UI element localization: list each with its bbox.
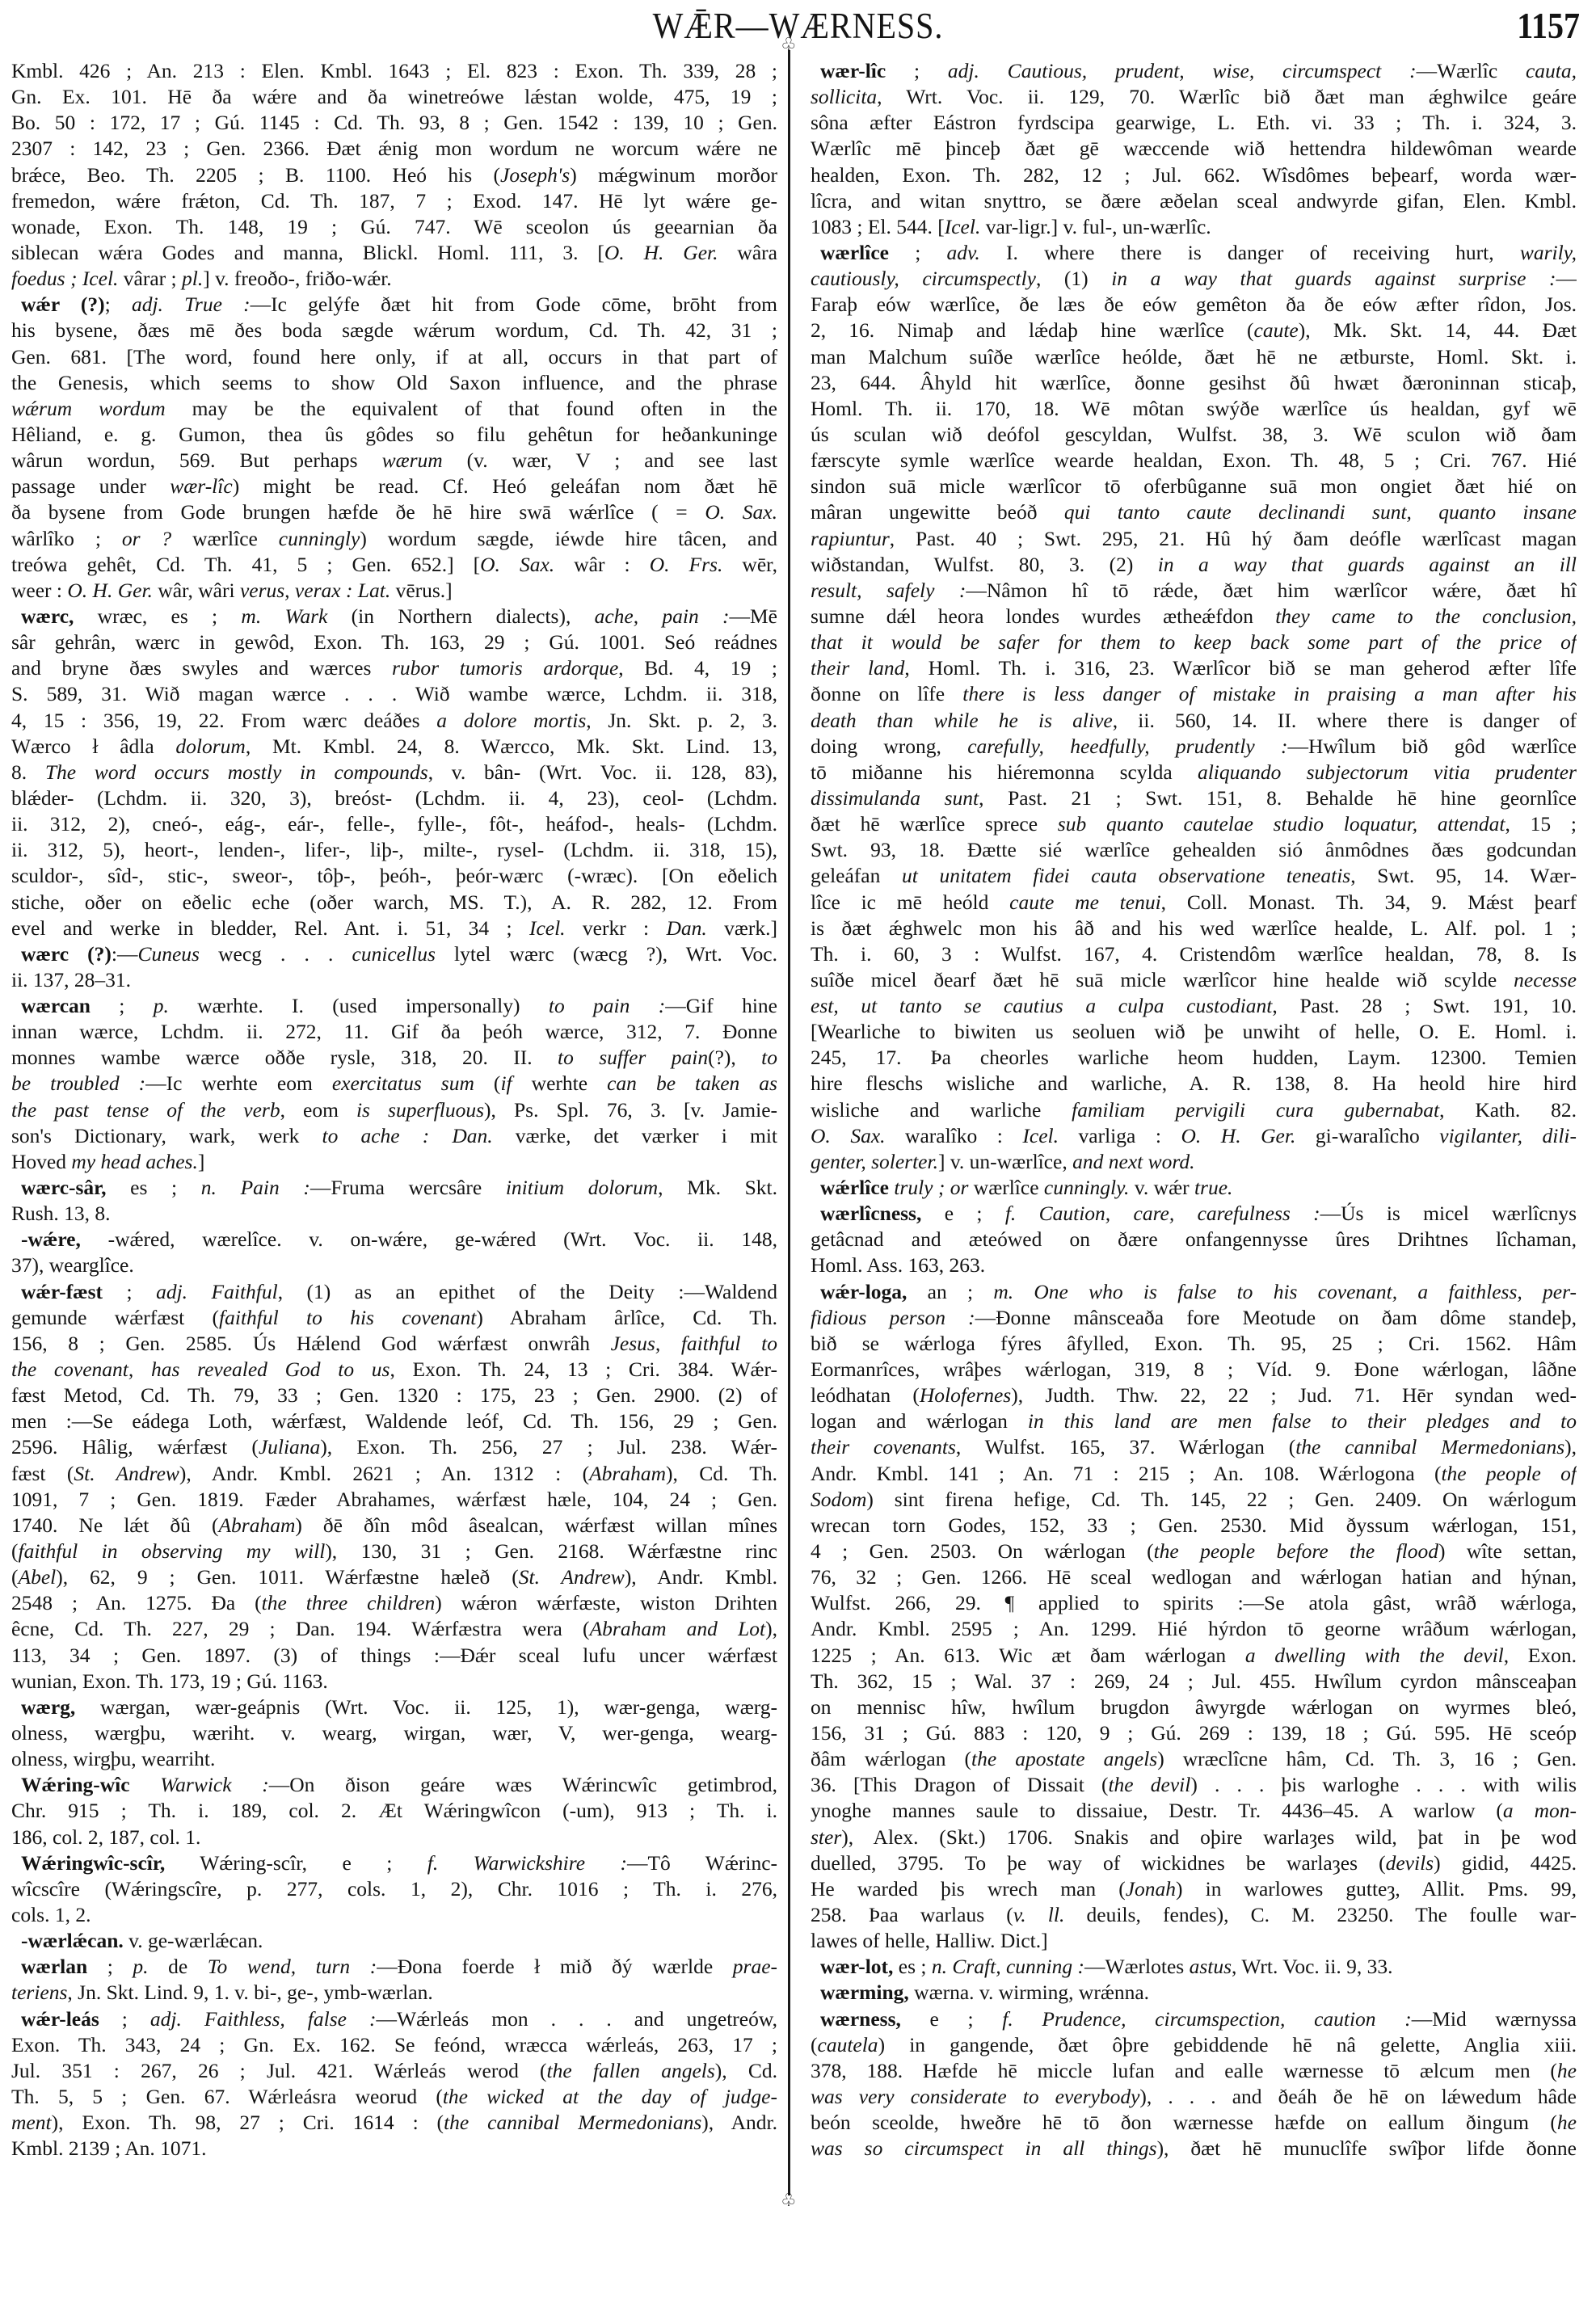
text-run: , Past. 28 ; Swt. 191, 10. bbox=[1272, 994, 1577, 1017]
text-run: , Wrt. Voc. ii. 129, 70. Wærlîc bið ðæt … bbox=[877, 85, 1577, 108]
headword: wærness, bbox=[820, 2007, 901, 2031]
text-run: —Hwîlum bið gôd wærlîce bbox=[1287, 735, 1577, 758]
text-run: Homl. Th. ii. 170, 18. Wē môtan swýðe wæ… bbox=[811, 397, 1577, 420]
text-run: ðæt hē wærlîce sprece bbox=[811, 812, 1058, 836]
text-run: wecg . . . bbox=[200, 942, 352, 966]
text-run: and bryne ðæs swyles and wærces bbox=[11, 656, 392, 680]
text-line: his bysene, ðæs mē ðes boda sægde wǽrum … bbox=[11, 318, 777, 343]
text-line: 186, col. 2, 187, col. 1. bbox=[11, 1825, 777, 1850]
italic-gloss: their covenants bbox=[811, 1435, 956, 1459]
text-run: , Bd. 4, 19 ; bbox=[618, 656, 777, 680]
italic-gloss: qui tanto caute declinandi sunt, quanto … bbox=[1064, 500, 1577, 524]
text-line: est, ut tanto se cautius a culpa custodi… bbox=[811, 993, 1577, 1019]
text-line: siblecan wǽra Godes and manna, Blickl. H… bbox=[11, 240, 777, 266]
text-line: Kmbl. 2139 ; An. 1071. bbox=[11, 2136, 777, 2162]
text-run: ), . . . and ðeáh ðe hē on lǽwedum hâde bbox=[1139, 2085, 1577, 2108]
text-run: êcne, Cd. Th. 227, 29 ; Dan. 194. Wǽrfæs… bbox=[11, 1617, 590, 1640]
text-line: Bo. 50 : 172, 17 ; Gú. 1145 : Cd. Th. 93… bbox=[11, 110, 777, 136]
text-line: beón sceolde, hweðre hē tō ðon wærnesse … bbox=[811, 2110, 1577, 2136]
text-run: ) might be read. Cf. Heó geleáfan nom ðæ… bbox=[233, 474, 777, 498]
text-run: gi-waralîcho bbox=[1295, 1124, 1439, 1147]
text-line: sollicita, Wrt. Voc. ii. 129, 70. Wærlîc… bbox=[811, 84, 1577, 110]
text-run: men :—Se eádega Loth, wǽrfæst, Waldende … bbox=[11, 1409, 777, 1433]
italic-gloss: verus, verax : Lat. bbox=[240, 579, 390, 602]
italic-gloss: the devil bbox=[1108, 1773, 1190, 1796]
text-run: ðonne on lîfe bbox=[811, 682, 962, 705]
italic-gloss: Warwick : bbox=[160, 1773, 269, 1796]
italic-gloss: to pain : bbox=[549, 994, 665, 1017]
headword: wærlan bbox=[21, 1955, 87, 1978]
italic-gloss: pl. bbox=[182, 267, 203, 290]
text-run: wîcscîre (Wǽringscîre, p. 277, cols. 1, … bbox=[11, 1877, 777, 1901]
text-line: their covenants, Wulfst. 165, 37. Wǽrlog… bbox=[811, 1434, 1577, 1460]
italic-gloss: St. Andrew bbox=[74, 1462, 179, 1485]
text-run: Wærlîc mē þinceþ ðæt gē wæccende wið het… bbox=[811, 137, 1577, 160]
text-run: :— bbox=[112, 942, 138, 966]
italic-gloss: Abraham bbox=[218, 1513, 295, 1537]
text-run: waralîko : bbox=[886, 1124, 1023, 1147]
text-run: cols. 1, 2. bbox=[11, 1903, 91, 1926]
text-run: —Fruma wercsâre bbox=[310, 1176, 506, 1199]
text-run: ) wræclîcne hâm, Cd. Th. 3, 16 ; Gen. bbox=[1157, 1747, 1577, 1770]
text-run: varliga : bbox=[1059, 1124, 1181, 1147]
text-run: ), 62, 9 ; Gen. 1011. Wǽrfæstne hæleð ( bbox=[56, 1565, 519, 1589]
text-run: var-ligr.] v. ful-, un-wærlîc. bbox=[980, 215, 1211, 238]
text-run: ii. 312, 5), heort-, lenden-, lifer-, li… bbox=[11, 838, 777, 861]
text-line: Wærco ł âdla dolorum, Mt. Kmbl. 24, 8. W… bbox=[11, 734, 777, 760]
text-line: Gn. Ex. 101. Hē ða wǽre and ða winetreów… bbox=[11, 84, 777, 110]
text-line: wǽrum wordum may be the equivalent of th… bbox=[11, 396, 777, 422]
text-run: ) wǽron wǽrfæste, wiston Drihten bbox=[435, 1591, 777, 1614]
italic-gloss: that it would be safer for them to keep … bbox=[811, 630, 1577, 654]
italic-gloss: and next word. bbox=[1072, 1150, 1194, 1173]
text-run: 37), wearglîce. bbox=[11, 1253, 134, 1277]
text-run: , eom bbox=[280, 1098, 356, 1122]
left-column: Kmbl. 426 ; An. 213 : Elen. Kmbl. 1643 ;… bbox=[11, 58, 777, 2162]
text-run: monnes wambe wærce oððe rysle, 318, 20. … bbox=[11, 1046, 558, 1069]
text-run: weer : bbox=[11, 579, 67, 602]
italic-gloss: a dwelling with the devil bbox=[1245, 1644, 1504, 1667]
text-line: ðâm wǽrlogan (the apostate angels) wræcl… bbox=[811, 1746, 1577, 1772]
text-run: ( bbox=[11, 1565, 19, 1589]
text-run: wærna. v. wirming, wrǽnna. bbox=[909, 1981, 1149, 2004]
text-run: 4, 15 : 356, 19, 22. From wærc deáðes bbox=[11, 709, 436, 732]
text-line: lawes of helle, Halliw. Dict.] bbox=[811, 1928, 1577, 1954]
text-line: sôna æfter Eástron fyrdscipa gearwige, L… bbox=[811, 110, 1577, 136]
text-line: Homl. Ass. 163, 263. bbox=[811, 1252, 1577, 1278]
italic-gloss: result, safely : bbox=[811, 579, 966, 602]
italic-gloss: n. Craft, cunning : bbox=[932, 1955, 1084, 1978]
italic-gloss: a mon- bbox=[1503, 1799, 1577, 1822]
italic-gloss: p. bbox=[154, 994, 169, 1017]
text-line: Jul. 351 : 267, 26 ; Jul. 421. Wǽrleás w… bbox=[11, 2058, 777, 2084]
text-line: færscyte symle wærlîce wearde healdan, E… bbox=[811, 448, 1577, 474]
text-run: ), bbox=[1564, 1435, 1577, 1459]
dictionary-entry-start-line: wærc, wræc, es ; m. Wark (in Northern di… bbox=[11, 604, 777, 629]
text-line: fidious person :—Ðonne mânsceaða fore Me… bbox=[811, 1305, 1577, 1331]
italic-gloss: there is less danger of mistake in prais… bbox=[962, 682, 1577, 705]
text-line: dissimulanda sunt, Past. 21 ; Swt. 151, … bbox=[811, 785, 1577, 811]
italic-gloss: Jesus, faithful to bbox=[611, 1332, 777, 1355]
text-line: 2, 16. Nimaþ and lǽdaþ hine wærlîce (cau… bbox=[811, 318, 1577, 343]
text-run: 76, 32 ; Gen. 1266. Hē sceal wedlogan an… bbox=[811, 1565, 1577, 1589]
text-run: [Wearliche to biwiten us seoluen wið þe … bbox=[811, 1020, 1577, 1043]
text-run: leódhatan ( bbox=[811, 1383, 920, 1407]
text-line: logan and wǽrlogan in this land are men … bbox=[811, 1408, 1577, 1434]
italic-gloss: O. Sax. bbox=[705, 500, 777, 524]
italic-gloss: m. One who is false to his covenant, a f… bbox=[993, 1280, 1577, 1303]
text-line: 378, 188. Hæfde hē miccle lufan and eall… bbox=[811, 2058, 1577, 2084]
text-run: ) sint firena hefige, Cd. Th. 145, 22 ; … bbox=[866, 1488, 1577, 1511]
dictionary-entry-start-line: wær-lot, es ; n. Craft, cunning :—Wærlot… bbox=[811, 1954, 1577, 1980]
text-line: Rush. 13, 8. bbox=[11, 1201, 777, 1227]
text-line: (faithful in observing my will), 130, 31… bbox=[11, 1539, 777, 1564]
text-run: wiðstandan, Wulfst. 80, 3. (2) bbox=[811, 553, 1158, 576]
dictionary-entry-start-line: wærg, wærgan, wær-geápnis (Wrt. Voc. ii.… bbox=[11, 1694, 777, 1720]
text-line: lîcra, and witan snyttro, se ðære æðelan… bbox=[811, 188, 1577, 214]
text-line: 8. The word occurs mostly in compounds, … bbox=[11, 760, 777, 785]
text-run: Homl. Ass. 163, 263. bbox=[811, 1253, 985, 1277]
text-run: ), 130, 31 ; Gen. 2168. Wǽrfæstne rinc bbox=[325, 1539, 777, 1563]
text-line: weer : O. H. Ger. wâr, wâri verus, verax… bbox=[11, 578, 777, 604]
text-line: 2548 ; An. 1275. Ða (the three children)… bbox=[11, 1590, 777, 1616]
text-run: is ðæt ǽghwelc mon his âð and his wed wæ… bbox=[811, 916, 1577, 940]
italic-gloss: the people before the flood bbox=[1154, 1539, 1438, 1563]
text-line: 37), wearglîce. bbox=[11, 1252, 777, 1278]
text-run: ii. 137, 28–31. bbox=[11, 968, 131, 991]
text-line: 113, 34 ; Gen. 1897. (3) of things :—Ðǽr… bbox=[11, 1643, 777, 1669]
dictionary-entry-start-line: wærlîcness, e ; f. Caution, care, carefu… bbox=[811, 1201, 1577, 1227]
page-header: WǢR—WÆRNESS. 1157 bbox=[0, 6, 1596, 47]
text-run: ), Ps. Spl. 76, 3. [v. Jamie- bbox=[484, 1098, 777, 1122]
text-line: blǽder- (Lchdm. ii. 320, 3), breóst- (Lc… bbox=[11, 785, 777, 811]
text-line: lîce ic mē heóld caute me tenui, Coll. M… bbox=[811, 890, 1577, 916]
text-run: sculdor-, sîd-, stic-, sweor-, tôþ-, þeó… bbox=[11, 864, 777, 887]
text-line: Homl. Th. ii. 170, 18. Wē môtan swýðe wæ… bbox=[811, 396, 1577, 422]
text-line: olness, wærgþu, wæriht. v. wearg, wirgan… bbox=[11, 1720, 777, 1746]
text-line: genter, solerter.] v. un-wærlîce, and ne… bbox=[811, 1149, 1577, 1175]
text-run: —Nâmon hî tō rǽde, ðæt him wærlîcor wǽre… bbox=[966, 579, 1577, 602]
text-line: Swt. 93, 18. Ðætte sié wærlîce gehealden… bbox=[811, 837, 1577, 863]
text-run: ), Andr. Kmbl. bbox=[625, 1565, 777, 1589]
text-line: Andr. Kmbl. 141 ; An. 71 : 215 ; An. 108… bbox=[811, 1461, 1577, 1487]
text-run: Bo. 50 : 172, 17 ; Gú. 1145 : Cd. Th. 93… bbox=[11, 111, 777, 134]
italic-gloss: was very considerate to everybody bbox=[811, 2085, 1139, 2108]
text-run: vērus.] bbox=[390, 579, 452, 602]
page-number: 1157 bbox=[1517, 3, 1580, 47]
text-run: ), Alex. (Skt.) 1706. Snakis and oþire w… bbox=[841, 1825, 1577, 1849]
text-line: 76, 32 ; Gen. 1266. Hē sceal wedlogan an… bbox=[811, 1564, 1577, 1590]
headword: wǽr (?) bbox=[21, 293, 105, 316]
text-line: He warded þis wrech man (Jonah) in warlo… bbox=[811, 1876, 1577, 1902]
text-line: ús sculan wið deófol gescyldan, Wulfst. … bbox=[811, 422, 1577, 448]
text-line: getâcnad and æteówed on ðære onfangennys… bbox=[811, 1227, 1577, 1252]
text-line: was very considerate to everybody), . . … bbox=[811, 2084, 1577, 2110]
italic-gloss: St. Andrew bbox=[519, 1565, 625, 1589]
text-line: ða bysene from Gode brungen hæfde ðe hē … bbox=[11, 499, 777, 525]
italic-gloss: ster bbox=[811, 1825, 841, 1849]
text-run: , Mt. Kmbl. 24, 8. Wærcco, Mk. Skt. Lind… bbox=[246, 735, 777, 758]
italic-gloss: genter, solerter. bbox=[811, 1150, 938, 1173]
text-run: ða bysene from Gode brungen hæfde ðe hē … bbox=[11, 500, 705, 524]
dictionary-entry-start-line: -wærlǽcan. v. ge-wærlǽcan. bbox=[11, 1928, 777, 1954]
dictionary-entry-start-line: Wǽring-wîc Warwick :—On ðison geáre wæs … bbox=[11, 1772, 777, 1798]
text-line: evel and werke in bledder, Rel. Ant. i. … bbox=[11, 916, 777, 941]
text-run: Eormanrîces, wrâþes wǽrlogan, 319, 8 ; V… bbox=[811, 1358, 1577, 1381]
text-run: de bbox=[149, 1955, 208, 1978]
italic-gloss: wærum bbox=[382, 448, 443, 472]
text-run: wunian, Exon. Th. 173, 19 ; Gú. 1163. bbox=[11, 1669, 328, 1693]
text-line: the covenant, has revealed God to us, Ex… bbox=[11, 1357, 777, 1383]
text-run: ), Exon. Th. 256, 27 ; Jul. 238. Wǽr- bbox=[320, 1435, 777, 1459]
text-line: gemunde wǽrfæst (faithful to his covenan… bbox=[11, 1305, 777, 1331]
text-run: 1091, 7 ; Gen. 1819. Fæder Abrahames, wǽ… bbox=[11, 1488, 777, 1511]
text-line: ii. 137, 28–31. bbox=[11, 967, 777, 993]
text-run: Th. 362, 15 ; Wal. 37 : 269, 24 ; Jul. 4… bbox=[811, 1669, 1577, 1693]
text-run: 186, col. 2, 187, col. 1. bbox=[11, 1825, 200, 1849]
text-line: 23, 644. Âhyld hit wærlîce, ðonne gesihs… bbox=[811, 370, 1577, 396]
text-line: stiche, oðer on eðelic eche (oðer warch,… bbox=[11, 890, 777, 916]
text-run: ) Abraham ârlîce, Cd. Th. bbox=[476, 1306, 777, 1329]
text-line: death than while he is alive, ii. 560, 1… bbox=[811, 708, 1577, 734]
text-run: v. wǽr bbox=[1129, 1176, 1194, 1199]
text-run: Andr. Kmbl. 141 ; An. 71 : 215 ; An. 108… bbox=[811, 1462, 1441, 1485]
italic-gloss: the apostate angels bbox=[971, 1747, 1157, 1770]
italic-gloss: adj. Faithful bbox=[156, 1280, 278, 1303]
text-run: 378, 188. Hæfde hē miccle lufan and eall… bbox=[811, 2059, 1557, 2082]
headword: wǽr-leás bbox=[21, 2007, 99, 2031]
text-run: —Ic werhte eom bbox=[145, 1071, 332, 1095]
text-line: hire fleschs wisliche and warliche, A. R… bbox=[811, 1071, 1577, 1097]
text-line: duelled, 3795. To þe way of wickidnes be… bbox=[811, 1850, 1577, 1876]
text-line: 2307 : 142, 23 ; Gen. 2366. Ðæt ǽnig mon… bbox=[11, 136, 777, 162]
text-run: Wulfst. 266, 29. ¶ applied to spirits :—… bbox=[811, 1591, 1577, 1614]
text-run: wærlîce bbox=[968, 1176, 1043, 1199]
text-run: tō miðanne his hiéremonna scylda bbox=[811, 760, 1198, 784]
text-run: wârlîko ; bbox=[11, 527, 122, 550]
text-run: 113, 34 ; Gen. 1897. (3) of things :—Ðǽr… bbox=[11, 1644, 777, 1667]
italic-gloss: was so circumspect in all things bbox=[811, 2136, 1157, 2160]
text-run: 8. bbox=[11, 760, 45, 784]
text-run: wâr : bbox=[554, 553, 650, 576]
headword: wær-lot, bbox=[820, 1955, 893, 1978]
text-run: , Exon. bbox=[1504, 1644, 1577, 1667]
text-line: Gen. 681. [The word, found here only, if… bbox=[11, 344, 777, 370]
italic-gloss: the cannibal Mermedonians bbox=[1295, 1435, 1564, 1459]
text-run: geleáfan bbox=[811, 864, 902, 887]
text-run: the Genesis, which seems to show Old Sax… bbox=[11, 371, 777, 394]
text-line: Th. 5, 5 ; Gen. 67. Wǽrleásra weorud (th… bbox=[11, 2084, 777, 2110]
text-run: 156, 8 ; Gen. 2585. Ús Hǽlend God wǽrfæs… bbox=[11, 1332, 611, 1355]
italic-gloss: cunicellus bbox=[352, 942, 436, 966]
right-column: wær-lîc ; adj. Cautious, prudent, wise, … bbox=[811, 58, 1577, 2162]
text-line: Th. 362, 15 ; Wal. 37 : 269, 24 ; Jul. 4… bbox=[811, 1669, 1577, 1694]
text-run: Gen. 681. [The word, found here only, if… bbox=[11, 345, 777, 368]
text-run: ii. 312, 2), cneó-, eág-, eár-, felle-, … bbox=[11, 812, 777, 836]
italic-gloss: necesse bbox=[1514, 968, 1577, 991]
text-line: Hoved my head aches.] bbox=[11, 1149, 777, 1175]
text-run: treówa gehêt, Cd. Th. 41, 5 ; Gen. 652.]… bbox=[11, 553, 480, 576]
text-run: ), bbox=[765, 1617, 777, 1640]
text-run: lîce ic mē heóld bbox=[811, 890, 1009, 914]
text-run: 258. Þaa warlaus ( bbox=[811, 1903, 1013, 1926]
italic-gloss: to bbox=[761, 1046, 777, 1069]
dictionary-entry-start-line: wærness, e ; f. Prudence, circumspection… bbox=[811, 2006, 1577, 2032]
italic-gloss: f. Warwickshire : bbox=[427, 1851, 627, 1875]
text-line: 1083 ; El. 544. [Icel. var-ligr.] v. ful… bbox=[811, 214, 1577, 240]
text-run: es ; bbox=[893, 1955, 931, 1978]
text-run: 36. [This Dragon of Dissait ( bbox=[811, 1773, 1108, 1796]
italic-gloss: their land bbox=[811, 656, 904, 680]
headword: wærming, bbox=[820, 1981, 909, 2004]
text-line: result, safely :—Nâmon hî tō rǽde, ðæt h… bbox=[811, 578, 1577, 604]
text-line: 4, 15 : 356, 19, 22. From wærc deáðes a … bbox=[11, 708, 777, 734]
headword: Wǽring-wîc bbox=[21, 1773, 130, 1796]
italic-gloss: caute me tenui bbox=[1009, 890, 1161, 914]
italic-gloss: O. Frs. bbox=[650, 553, 723, 576]
italic-gloss: they came to the conclusion, bbox=[1275, 604, 1577, 628]
italic-gloss: to suffer pain bbox=[558, 1046, 708, 1069]
text-run: Kmbl. 2139 ; An. 1071. bbox=[11, 2136, 207, 2160]
text-run: sindon suā micle wærlîcor tō oferbûganne… bbox=[811, 474, 1577, 498]
text-run: ) in warlowes gutteȝ, Allit. Pms. 99, bbox=[1176, 1877, 1577, 1901]
text-line: olness, wirgþu, wearriht. bbox=[11, 1746, 777, 1772]
italic-gloss: ment bbox=[11, 2111, 52, 2134]
text-run: wonade, Exon. Th. 148, 19 ; Gú. 747. Wē … bbox=[11, 215, 777, 238]
text-line: Wulfst. 266, 29. ¶ applied to spirits :—… bbox=[811, 1590, 1577, 1616]
headword: wær-lîc bbox=[820, 59, 886, 82]
text-run: ), Cd. Th. bbox=[666, 1462, 777, 1485]
text-line: Faraþ eów wærlîce, ðe læs ðe eów gemêton… bbox=[811, 292, 1577, 318]
text-run: may be the equivalent of that found ofte… bbox=[166, 397, 777, 420]
italic-gloss: wær-lîc bbox=[170, 474, 232, 498]
text-run: Hoved bbox=[11, 1150, 71, 1173]
text-line: leódhatan (Holofernes), Judth. Thw. 22, … bbox=[811, 1383, 1577, 1408]
dictionary-entry-start-line: wærlîce ; adv. I. where there is danger … bbox=[811, 240, 1577, 266]
italic-gloss: O. H. Ger. bbox=[67, 579, 153, 602]
column-divider-ornament-bottom-icon: ♧ bbox=[781, 2191, 797, 2209]
italic-gloss: O. Sax. bbox=[480, 553, 554, 576]
text-line: doing wrong, carefully, heedfully, prude… bbox=[811, 734, 1577, 760]
text-run: son's Dictionary, wark, werk bbox=[11, 1124, 322, 1147]
italic-gloss: m. Wark bbox=[241, 604, 327, 628]
text-run: ús sculan wið deófol gescyldan, Wulfst. … bbox=[811, 423, 1577, 446]
text-line: sâr gehrân, wærc in gewôd, Exon. Th. 163… bbox=[11, 629, 777, 655]
text-line: O. Sax. waralîko : Icel. varliga : O. H.… bbox=[811, 1123, 1577, 1149]
headword: wærcan bbox=[21, 994, 91, 1017]
text-run: , Wrt. Voc. ii. 9, 33. bbox=[1232, 1955, 1392, 1978]
dictionary-entry-start-line: wǽr (?); adj. True :—Ic gelýfe ðæt hit f… bbox=[11, 292, 777, 318]
text-run: brǽce, Beo. Th. 2205 ; B. 1100. Heó his … bbox=[11, 163, 500, 187]
italic-gloss: adj. Faithless, false : bbox=[150, 2007, 377, 2031]
text-run: ), Cd. bbox=[715, 2059, 777, 2082]
text-run: (v. wær, V ; and see last bbox=[443, 448, 777, 472]
italic-gloss: he bbox=[1557, 2111, 1577, 2134]
text-line: was so circumspect in all things), ðæt h… bbox=[811, 2136, 1577, 2162]
text-run: 23, 644. Âhyld hit wærlîce, ðonne gesihs… bbox=[811, 371, 1577, 394]
text-run: duelled, 3795. To þe way of wickidnes be… bbox=[811, 1851, 1386, 1875]
text-run: on mennisc hîw, hwîlum brugdon âwyrgde w… bbox=[811, 1695, 1577, 1719]
text-run: 156, 31 ; Gú. 883 : 120, 9 ; Gú. 269 : 1… bbox=[811, 1721, 1577, 1745]
text-run: Hêliand, e. g. Gumon, thea ûs gôdes so f… bbox=[11, 423, 777, 446]
text-run: , 15 ; bbox=[1505, 812, 1577, 836]
text-run: 245, 17. Þa cheorles warliche heom hudde… bbox=[811, 1046, 1577, 1069]
text-line: men :—Se eádega Loth, wǽrfæst, Waldende … bbox=[11, 1408, 777, 1434]
text-run: ; bbox=[87, 1955, 133, 1978]
text-run: Jul. 351 : 267, 26 ; Jul. 421. Wǽrleás w… bbox=[11, 2059, 547, 2082]
text-line: Chr. 915 ; Th. i. 189, col. 2. Æt Wǽring… bbox=[11, 1798, 777, 1824]
text-line: 1091, 7 ; Gen. 1819. Fæder Abrahames, wǽ… bbox=[11, 1487, 777, 1513]
italic-gloss: rubor tumoris ardorque bbox=[392, 656, 618, 680]
italic-gloss: cautiously, circumspectly bbox=[811, 267, 1036, 290]
text-line: ii. 312, 2), cneó-, eág-, eár-, felle-, … bbox=[11, 811, 777, 837]
italic-gloss: the fallen angels bbox=[547, 2059, 715, 2082]
text-run: Faraþ eów wærlîce, ðe læs ðe eów gemêton… bbox=[811, 293, 1577, 316]
text-line: wisliche and warliche familiam pervigili… bbox=[811, 1097, 1577, 1123]
text-run: I. where there is danger of receiving hu… bbox=[980, 241, 1520, 264]
italic-gloss: dissimulanda sunt bbox=[811, 786, 979, 810]
text-run: hire fleschs wisliche and warliche, A. R… bbox=[811, 1071, 1577, 1095]
italic-gloss: est, ut tanto se cautius a culpa custodi… bbox=[811, 994, 1272, 1017]
text-run: ) . . . þis warloghe . . . with wilis bbox=[1190, 1773, 1577, 1796]
text-run: stiche, oðer on eðelic eche (oðer warch,… bbox=[11, 890, 777, 914]
text-run: — bbox=[1556, 267, 1577, 290]
text-line: 36. [This Dragon of Dissait (the devil) … bbox=[811, 1772, 1577, 1798]
italic-gloss: Holofernes bbox=[920, 1383, 1011, 1407]
italic-gloss: he bbox=[1557, 2059, 1577, 2082]
text-line: on mennisc hîw, hwîlum brugdon âwyrgde w… bbox=[811, 1694, 1577, 1720]
text-run: Th. 5, 5 ; Gen. 67. Wǽrleásra weorud ( bbox=[11, 2085, 443, 2108]
text-run: siblecan wǽra Godes and manna, Blickl. H… bbox=[11, 241, 604, 264]
text-line: mâran ungewitte beóð qui tanto caute dec… bbox=[811, 499, 1577, 525]
text-line: cols. 1, 2. bbox=[11, 1902, 777, 1928]
italic-gloss: Jonah bbox=[1126, 1877, 1176, 1901]
italic-gloss: the wicked at the day of judge- bbox=[443, 2085, 777, 2108]
text-run: vârar ; bbox=[118, 267, 182, 290]
italic-gloss: adv. bbox=[947, 241, 980, 264]
text-line: wiðstandan, Wulfst. 80, 3. (2) in a way … bbox=[811, 552, 1577, 578]
italic-gloss: f. Caution, care, carefulness : bbox=[1005, 1202, 1320, 1225]
text-line: sculdor-, sîd-, stic-, sweor-, tôþ-, þeó… bbox=[11, 863, 777, 889]
headword: wærlîce bbox=[820, 241, 889, 264]
italic-gloss: the three children bbox=[262, 1591, 436, 1614]
text-run: , Past. 21 ; Swt. 151, 8. Behalde hē hin… bbox=[979, 786, 1577, 810]
italic-gloss: Abraham and Lot bbox=[590, 1617, 766, 1640]
italic-gloss: cunningly. bbox=[1044, 1176, 1130, 1199]
text-line: ynoghe mannes saule to dissaiue, Destr. … bbox=[811, 1798, 1577, 1824]
italic-gloss: ache, pain : bbox=[595, 604, 730, 628]
italic-gloss: foedus ; Icel. bbox=[11, 267, 118, 290]
italic-gloss: the cannibal Mermedonians bbox=[444, 2111, 701, 2134]
text-run: ), Exon. Th. 98, 27 ; Cri. 1614 : ( bbox=[52, 2111, 444, 2134]
italic-gloss: my head aches. bbox=[71, 1150, 198, 1173]
text-line: is ðæt ǽghwelc mon his âð and his wed wæ… bbox=[811, 916, 1577, 941]
headword: wærlîcness, bbox=[820, 1202, 921, 1225]
dictionary-entry-start-line: wǽr-leás ; adj. Faithless, false :—Wǽrle… bbox=[11, 2006, 777, 2032]
text-run: wâra bbox=[718, 241, 777, 264]
italic-gloss: To wend, turn : bbox=[208, 1955, 377, 1978]
text-line: Andr. Kmbl. 2595 ; An. 1299. Hié hýrdon … bbox=[811, 1616, 1577, 1642]
text-run: ( bbox=[474, 1071, 501, 1095]
text-run: lîcra, and witan snyttro, se ðære æðelan… bbox=[811, 189, 1577, 213]
text-run: 2307 : 142, 23 ; Gen. 2366. Ðæt ǽnig mon… bbox=[11, 137, 777, 160]
text-run bbox=[130, 1773, 161, 1796]
text-run: sumne dǽl heora londes wurdes ætheǽfdon bbox=[811, 604, 1275, 628]
italic-gloss: aliquando subjectorum vitia prudenter bbox=[1198, 760, 1577, 784]
text-run: værk.] bbox=[707, 916, 777, 940]
text-line: brǽce, Beo. Th. 2205 ; B. 1100. Heó his … bbox=[11, 162, 777, 188]
text-run: sâr gehrân, wærc in gewôd, Exon. Th. 163… bbox=[11, 630, 777, 654]
